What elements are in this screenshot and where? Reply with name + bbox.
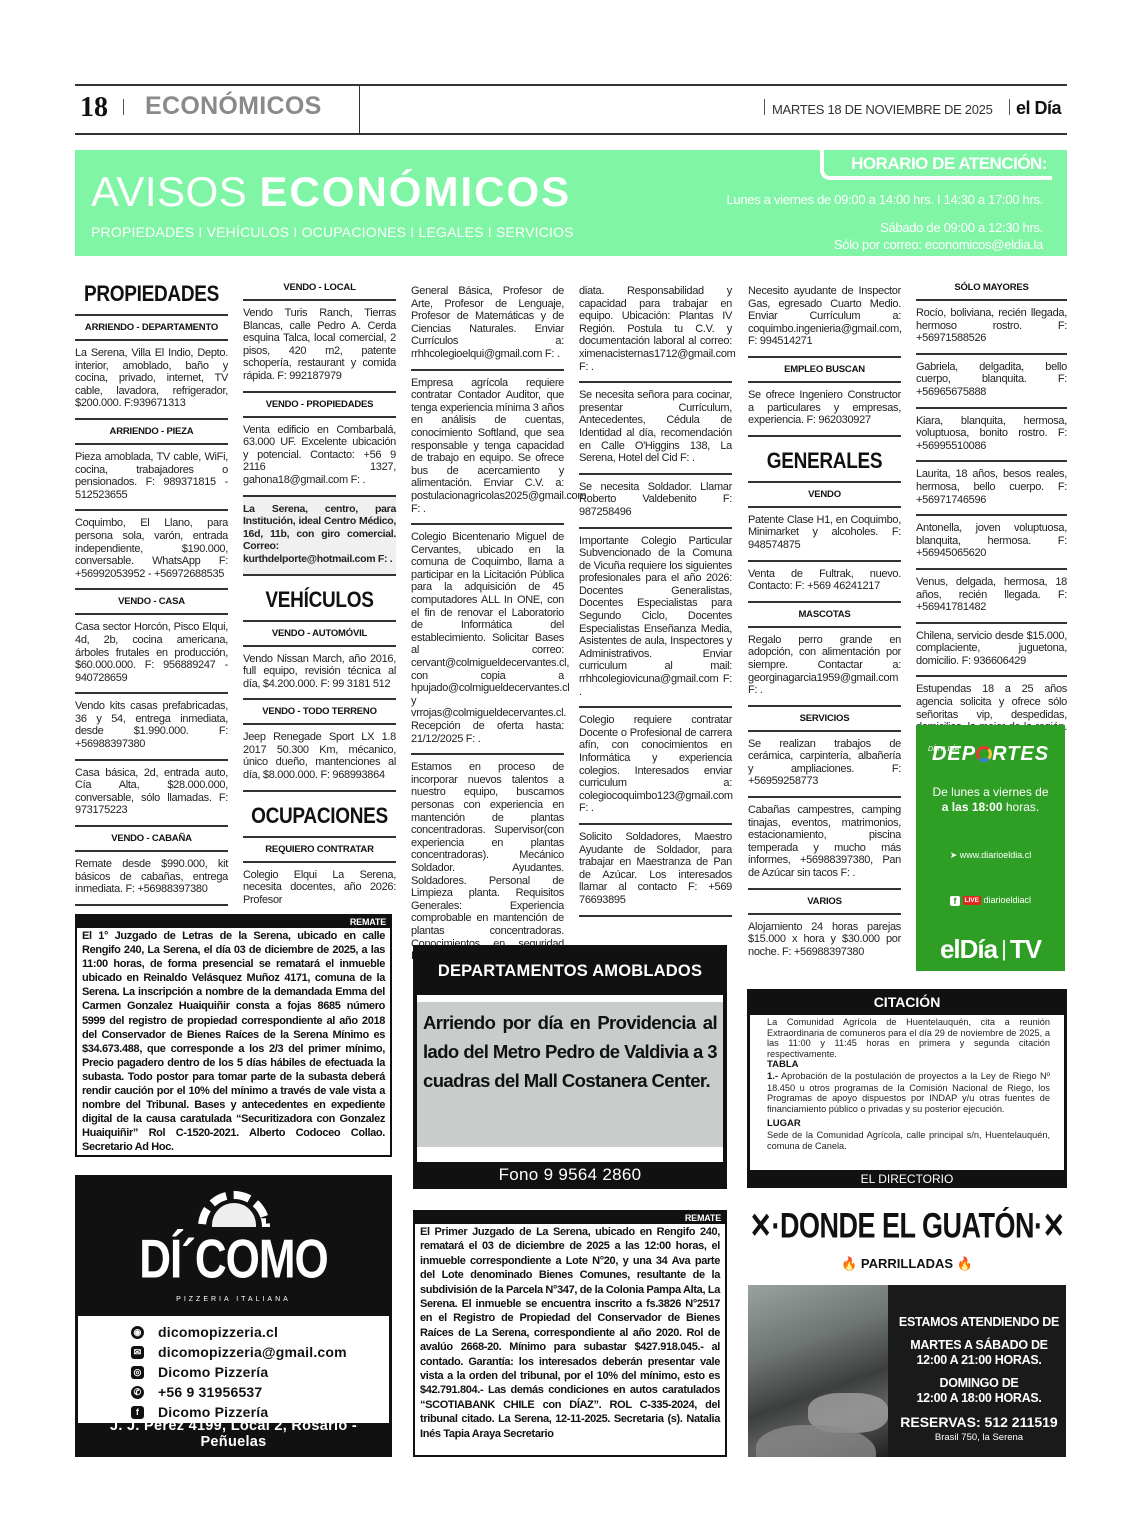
classified-ad: Coquimbo, El Llano, para persona sola, v…: [75, 511, 228, 590]
deportes-ad[interactable]: DÍA A DÍA DEPRTES De lunes a viernes de …: [916, 725, 1065, 971]
deportes-schedule-line1: De lunes a viernes de: [916, 785, 1065, 799]
live-badge: LIVE: [963, 896, 981, 905]
deptos-title: DEPARTAMENTOS AMOBLADOS: [413, 962, 727, 981]
eldia-tv-logo: elDía|TV: [916, 934, 1065, 965]
classified-ad: Vendo Turis Ranch, Tierras Blancas, call…: [243, 301, 396, 393]
guaton-address: Brasil 750, la Serena: [898, 1432, 1060, 1443]
column-generales: Necesito ayudante de Inspector Gas, egre…: [748, 283, 901, 966]
banner-title: AVISOS ECONÓMICOS: [91, 168, 571, 216]
category-title: PROPIEDADES: [75, 273, 228, 314]
deptos-body: Arriendo por día en Providencia al lado …: [417, 1002, 723, 1147]
citacion-body: La Comunidad Agrícola de Huentelauquén, …: [750, 1015, 1064, 1170]
guaton-line: 12:00 A 21:00 HORAS.: [898, 1353, 1060, 1368]
guaton-line: MARTES A SÁBADO DE: [898, 1338, 1060, 1353]
classified-ad: General Básica, Profesor de Arte, Profes…: [411, 283, 564, 371]
deportes-time-suffix: horas.: [1003, 800, 1040, 814]
subcategory-title: VENDO - LOCAL: [243, 276, 396, 301]
subcategory-title: SERVICIOS: [748, 707, 901, 732]
citacion-item: 1.- Aprobación de la postulación de proy…: [767, 1071, 1050, 1114]
dicomo-pizzeria-ad: DÍ´COMO PIZZERIA ITALIANA ◉dicomopizzeri…: [75, 1175, 392, 1457]
classified-ad: Rocío, boliviana, recién llegada, hermos…: [916, 301, 1067, 355]
classified-ad: Importante Colegio Particular Subvencion…: [579, 529, 732, 709]
citacion-item-text: Aprobación de la postulación de proyecto…: [767, 1071, 1050, 1114]
banner-title-light: AVISOS: [91, 168, 259, 215]
deptos-phone: Fono 9 9564 2860: [413, 1165, 727, 1185]
classified-ad: Vendo Nissan March, año 2016, full equip…: [243, 647, 396, 701]
newspaper-logo: el Día: [1016, 98, 1061, 119]
contact-text: dicomopizzeria@gmail.com: [158, 1344, 347, 1360]
logo-separator: |: [1001, 936, 1006, 961]
classified-ad: Jeep Renegade Sport LX 1.8 2017 50.300 K…: [243, 725, 396, 791]
section-name: ECONÓMICOS: [145, 92, 322, 121]
subcategory-title: VENDO - CABAÑA: [75, 827, 228, 852]
grilled-meat-photo: [748, 1285, 888, 1457]
column-vehiculos: VENDO - LOCAL Vendo Turis Ranch, Tierras…: [243, 276, 396, 914]
deportes-logo-a: DEP: [932, 743, 976, 765]
guaton-line: ESTAMOS ATENDIENDO DE: [898, 1315, 1060, 1330]
subcategory-title: MASCOTAS: [748, 603, 901, 628]
subcategory-title: ARRIENDO - PIEZA: [75, 420, 228, 445]
tv-logo: TV: [1010, 934, 1041, 964]
subcategory-title: VENDO - PROPIEDADES: [243, 393, 396, 418]
remate-text: El 1° Juzgado de Letras de la Serena, ub…: [77, 928, 390, 1159]
citacion-title: CITACIÓN: [747, 994, 1067, 1010]
subcategory-title: EMPLEO BUSCAN: [748, 358, 901, 383]
citacion-lugar: Sede de la Comunidad Agrícola, calle pri…: [767, 1130, 1050, 1151]
instagram-icon: ◎: [131, 1366, 144, 1379]
dicomo-address: J. J. Pérez 4199, Local 2, Rosario - Peñ…: [75, 1418, 392, 1450]
classified-ad: Se ofrece Ingeniero Constructor a partic…: [748, 383, 901, 437]
classified-ad: Kiara, blanquita, hermosa, voluptuosa, b…: [916, 409, 1067, 463]
deportes-schedule-line2: a las 18:00 horas.: [916, 800, 1065, 814]
classified-ad: Venus, delgada, hermosa, 18 años, recién…: [916, 570, 1067, 624]
column-ocupaciones-1: General Básica, Profesor de Arte, Profes…: [411, 283, 564, 971]
guaton-subtitle: 🔥 PARRILLADAS 🔥: [748, 1256, 1066, 1272]
deportes-facebook-live[interactable]: f LIVE diarioeldiacl: [916, 895, 1065, 906]
deportes-logo: DEPRTES: [916, 743, 1065, 766]
banner-categories: PROPIEDADES I VEHÍCULOS I OCUPACIONES I …: [91, 224, 574, 240]
donde-el-guaton-ad: ✕·DONDE EL GUATÓN·✕ 🔥 PARRILLADAS 🔥 ESTA…: [748, 1207, 1066, 1457]
column-propiedades: PROPIEDADES ARRIENDO - DEPARTAMENTO La S…: [75, 276, 228, 906]
classified-ad: Se necesita Soldador. Llamar Roberto Val…: [579, 475, 732, 529]
header-divider: [1009, 99, 1010, 115]
contact-text: +56 9 31956537: [158, 1384, 262, 1400]
subcategory-title: SÓLO MAYORES: [916, 276, 1067, 301]
remate-notice-1: REMATE El 1° Juzgado de Letras de la Ser…: [75, 914, 392, 1157]
dicomo-contact-email[interactable]: ✉dicomopizzeria@gmail.com: [131, 1342, 389, 1362]
classified-ad: Patente Clase H1, en Coquimbo, Minimarke…: [748, 508, 901, 562]
dicomo-contacts: ◉dicomopizzeria.cl ✉dicomopizzeria@gmail…: [78, 1316, 389, 1423]
deportes-time: a las 18:00: [942, 800, 1003, 814]
subcategory-title: VENDO - CASA: [75, 590, 228, 615]
cursor-icon: ➤: [950, 850, 960, 860]
contact-text: Dicomo Pizzería: [158, 1364, 268, 1380]
citacion-footer: EL DIRECTORIO: [747, 1172, 1067, 1186]
horario-title: HORARIO DE ATENCIÓN:: [851, 154, 1047, 174]
horario-email: Sólo por correo: economicos@eldia.la: [834, 237, 1043, 252]
classified-ad: Venta edificio en Combarbalá, 63.000 UF.…: [243, 418, 396, 497]
subcategory-title: VENDO: [748, 481, 901, 508]
classified-ad: Casa sector Horcón, Pisco Elqui, 4d, 2b,…: [75, 615, 228, 694]
classified-ad: Chilena, servicio desde $15.000, complac…: [916, 624, 1067, 678]
classified-ad: Cabañas campestres, camping tinajas, eve…: [748, 798, 901, 890]
citacion-tabla-label: TABLA: [767, 1059, 798, 1070]
classified-ad: Pieza amoblada, TV cable, WiFi, cocina, …: [75, 445, 228, 511]
classified-ad: Necesito ayudante de Inspector Gas, egre…: [748, 283, 901, 358]
subcategory-title: ARRIENDO - DEPARTAMENTO: [75, 314, 228, 341]
classified-ad: Gabriela, delgadita, bello cuerpo, blanq…: [916, 355, 1067, 409]
classified-ad: diata. Responsabilidad y capacidad para …: [579, 283, 732, 383]
guaton-line: DOMINGO DE: [898, 1376, 1060, 1391]
header-bottom-rule: [75, 133, 1067, 135]
category-title: OCUPACIONES: [243, 795, 396, 836]
classified-ad: Estamos en proceso de incorporar nuevos …: [411, 755, 564, 971]
classified-ad: Casa básica, 2d, entrada auto, Cía Alta,…: [75, 761, 228, 827]
category-title: GENERALES: [748, 440, 901, 481]
classified-ad: Solicito Soldadores, Maestro Ayudante de…: [579, 825, 732, 917]
classified-ad: Antonella, joven voluptuosa, blanquita, …: [916, 516, 1067, 570]
column-solo-mayores: SÓLO MAYORES Rocío, boliviana, recién ll…: [916, 276, 1067, 754]
page-number: 18: [80, 92, 108, 124]
deportes-logo-b: RTES: [992, 743, 1049, 765]
deportes-website-text: www.diarioeldia.cl: [960, 850, 1032, 860]
dicomo-subtitle: PIZZERIA ITALIANA: [75, 1296, 392, 1303]
citacion-notice: CITACIÓN La Comunidad Agrícola de Huente…: [747, 989, 1067, 1188]
classified-ad: Vendo kits casas prefabricadas, 36 y 54,…: [75, 694, 228, 760]
classified-ad: Alojamiento 24 horas parejas $15.000 x h…: [748, 915, 901, 967]
dicomo-contact-whatsapp[interactable]: ✆+56 9 31956537: [131, 1382, 389, 1402]
deportes-social-handle: diarioeldiacl: [983, 895, 1031, 905]
contact-text: dicomopizzeria.cl: [158, 1324, 278, 1340]
subcategory-title: VENDO - TODO TERRENO: [243, 700, 396, 725]
mail-icon: ✉: [131, 1346, 144, 1359]
guaton-reservas: RESERVAS: 512 211519: [898, 1414, 1060, 1430]
header-top-rule: [75, 84, 1067, 86]
remate-text: El Primer Juzgado de La Serena, ubicado …: [415, 1224, 725, 1445]
header-divider: [123, 99, 124, 115]
ball-icon: [976, 746, 992, 762]
guaton-header: ✕·DONDE EL GUATÓN·✕ 🔥 PARRILLADAS 🔥: [748, 1207, 1066, 1285]
facebook-icon: f: [950, 896, 960, 906]
deptos-panel: Arriendo por día en Providencia al lado …: [417, 995, 723, 1162]
subcategory-title: REQUIERO CONTRATAR: [243, 836, 396, 863]
horario-weekdays: Lunes a viernes de 09:00 a 14:00 hrs. I …: [726, 192, 1043, 207]
classified-ad: Remate desde $990.000, kit básicos de ca…: [75, 852, 228, 906]
category-title: VEHÍCULOS: [243, 579, 396, 620]
header-divider: [764, 99, 765, 115]
classified-ad: La Serena, Villa El Indio, Depto. interi…: [75, 341, 228, 420]
classified-ad: Colegio requiere contratar Docente o Pro…: [579, 708, 732, 825]
subcategory-title: VARIOS: [748, 890, 901, 915]
dicomo-contact-website[interactable]: ◉dicomopizzeria.cl: [131, 1322, 389, 1342]
classified-ad: Venta de Fultrak, nuevo. Contacto: F: +5…: [748, 562, 901, 603]
dicomo-logo: DÍ´COMO: [75, 1229, 392, 1292]
remate-notice-2: REMATE El Primer Juzgado de La Serena, u…: [413, 1210, 727, 1457]
whatsapp-icon: ✆: [131, 1386, 144, 1399]
facebook-icon: f: [131, 1406, 144, 1419]
classified-ad: Se necesita señora para cocinar, present…: [579, 383, 732, 475]
citacion-lugar-label: LUGAR: [767, 1118, 801, 1129]
guaton-line: 12:00 A 18:00 HORAS.: [898, 1391, 1060, 1406]
departamentos-amoblados-ad: DEPARTAMENTOS AMOBLADOS Arriendo por día…: [413, 945, 727, 1189]
eldia-logo: elDía: [940, 934, 997, 964]
avisos-banner: AVISOS ECONÓMICOS PROPIEDADES I VEHÍCULO…: [75, 150, 1067, 256]
classified-ad-highlighted: La Serena, centro, para Institución, ide…: [243, 497, 396, 576]
citacion-intro: La Comunidad Agrícola de Huentelauquén, …: [767, 1017, 1050, 1059]
column-ocupaciones-2: diata. Responsabilidad y capacidad para …: [579, 283, 732, 917]
deportes-website[interactable]: ➤ www.diarioeldia.cl: [916, 850, 1065, 861]
globe-icon: ◉: [131, 1326, 144, 1339]
classified-ad: Colegio Bicentenario Miguel de Cervantes…: [411, 525, 564, 755]
deptos-text: Arriendo por día en Providencia al lado …: [423, 1008, 717, 1095]
issue-date: MARTES 18 DE NOVIEMBRE DE 2025: [772, 102, 993, 117]
banner-title-bold: ECONÓMICOS: [259, 168, 571, 215]
classified-ad: Se realizan trabajos de cerámica, carpin…: [748, 732, 901, 798]
remate-label: REMATE: [77, 916, 390, 928]
header-column-divider: [359, 86, 360, 133]
classified-ad: Colegio Elqui La Serena, necesita docent…: [243, 863, 396, 915]
guaton-hours: ESTAMOS ATENDIENDO DE MARTES A SÁBADO DE…: [898, 1285, 1060, 1443]
horario-saturday: Sábado de 09:00 a 12:30 hrs.: [880, 220, 1043, 235]
subcategory-title: VENDO - AUTOMÓVIL: [243, 620, 396, 647]
classified-ad: Regalo perro grande en adopción, con ali…: [748, 628, 901, 707]
remate-label: REMATE: [415, 1212, 725, 1224]
dicomo-contact-instagram[interactable]: ◎Dicomo Pizzería: [131, 1362, 389, 1382]
classified-ad: Laurita, 18 años, besos reales, hermosa,…: [916, 462, 1067, 516]
classified-ad: Empresa agrícola requiere contratar Cont…: [411, 371, 564, 526]
citacion-item-number: 1.-: [767, 1071, 778, 1082]
guaton-logo: ✕·DONDE EL GUATÓN·✕: [748, 1207, 1066, 1247]
